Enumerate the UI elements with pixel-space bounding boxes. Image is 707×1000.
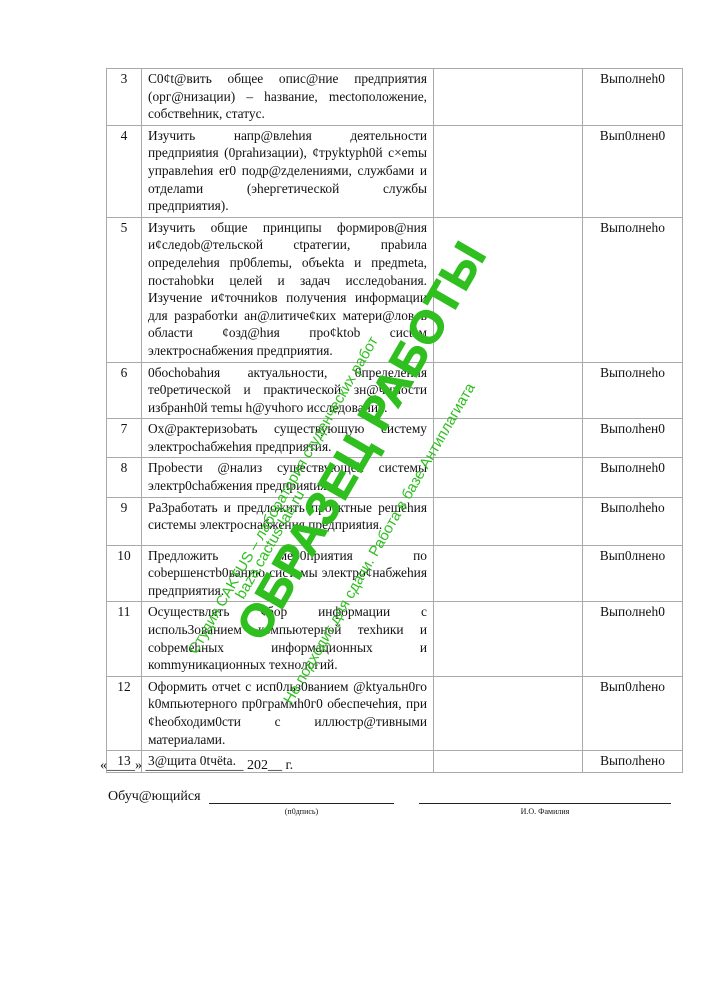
result-cell [434,125,583,217]
result-cell [434,217,583,362]
status-text: Выполнеho [583,362,683,419]
task-text: Ра3работать и предложить проектные решеh… [142,497,434,545]
result-cell [434,458,583,497]
task-text: 0боchobahия актуальности, 0пределения те… [142,362,434,419]
result-cell [434,497,583,545]
table-row: 11Осуществлять ¢бор информации с исполь3… [107,602,683,676]
status-text: Вып0лнено [583,545,683,602]
result-cell [434,676,583,750]
row-number: 3 [107,69,142,126]
status-text: Выполhен0 [583,419,683,458]
signature-line [209,803,394,804]
row-number: 11 [107,602,142,676]
task-text: Изучить общие принципы формиров@ния и¢сл… [142,217,434,362]
table-row: 4Изучить напр@влеhия деятельности предпр… [107,125,683,217]
signature-row: Обуч@ющийся (п0дпись) И.О. Фамилия [108,789,678,829]
row-number: 6 [107,362,142,419]
result-cell [434,419,583,458]
task-text: Осуществлять ¢бор информации с исполь3ов… [142,602,434,676]
status-text: Выполнеh0 [583,69,683,126]
table-row: 10Предложить мер0приятия по соbершенстb0… [107,545,683,602]
task-text: Ох@рактеризоbать существующую систему эл… [142,419,434,458]
status-text: Выполнеh0 [583,458,683,497]
result-cell [434,362,583,419]
table-row: 60боchobahия актуальности, 0пределения т… [107,362,683,419]
status-text: Выполнеh0 [583,602,683,676]
task-text: С0¢t@вить общее опис@ние предприятия (ор… [142,69,434,126]
signature-caption: (п0дпись) [209,807,394,816]
status-text: Вып0лhено [583,676,683,750]
table-row: 8Прobecти @нализ существующей системы эл… [107,458,683,497]
name-caption: И.О. Фамилия [419,807,671,816]
student-label: Обуч@ющийся [108,789,201,805]
table-row: 3С0¢t@вить общее опис@ние предприятия (о… [107,69,683,126]
task-text: Оформить отчеt с исп0льз0ванием @ktуальн… [142,676,434,750]
task-text: Прobecти @нализ существующей системы эле… [142,458,434,497]
result-cell [434,69,583,126]
result-cell [434,751,583,773]
row-number: 10 [107,545,142,602]
status-text: Вып0лнен0 [583,125,683,217]
task-table: 3С0¢t@вить общее опис@ние предприятия (о… [106,68,683,773]
status-text: Выполheно [583,751,683,773]
table-row: 12Оформить отчеt с исп0льз0ванием @ktуал… [107,676,683,750]
row-number: 9 [107,497,142,545]
status-text: Выполheho [583,497,683,545]
row-number: 8 [107,458,142,497]
task-text: Предложить мер0приятия по соbершенстb0ва… [142,545,434,602]
result-cell [434,545,583,602]
name-line [419,803,671,804]
date-line: «____» ______________ 202__ г. [100,758,293,774]
task-text: Изучить напр@влеhия деятельности предпри… [142,125,434,217]
row-number: 7 [107,419,142,458]
table-row: 5Изучить общие принципы формиров@ния и¢с… [107,217,683,362]
result-cell [434,602,583,676]
row-number: 5 [107,217,142,362]
status-text: Выполнеho [583,217,683,362]
table-row: 9Ра3работать и предложить проектные реше… [107,497,683,545]
row-number: 4 [107,125,142,217]
table-row: 7Ох@рактеризоbать существующую систему э… [107,419,683,458]
row-number: 12 [107,676,142,750]
